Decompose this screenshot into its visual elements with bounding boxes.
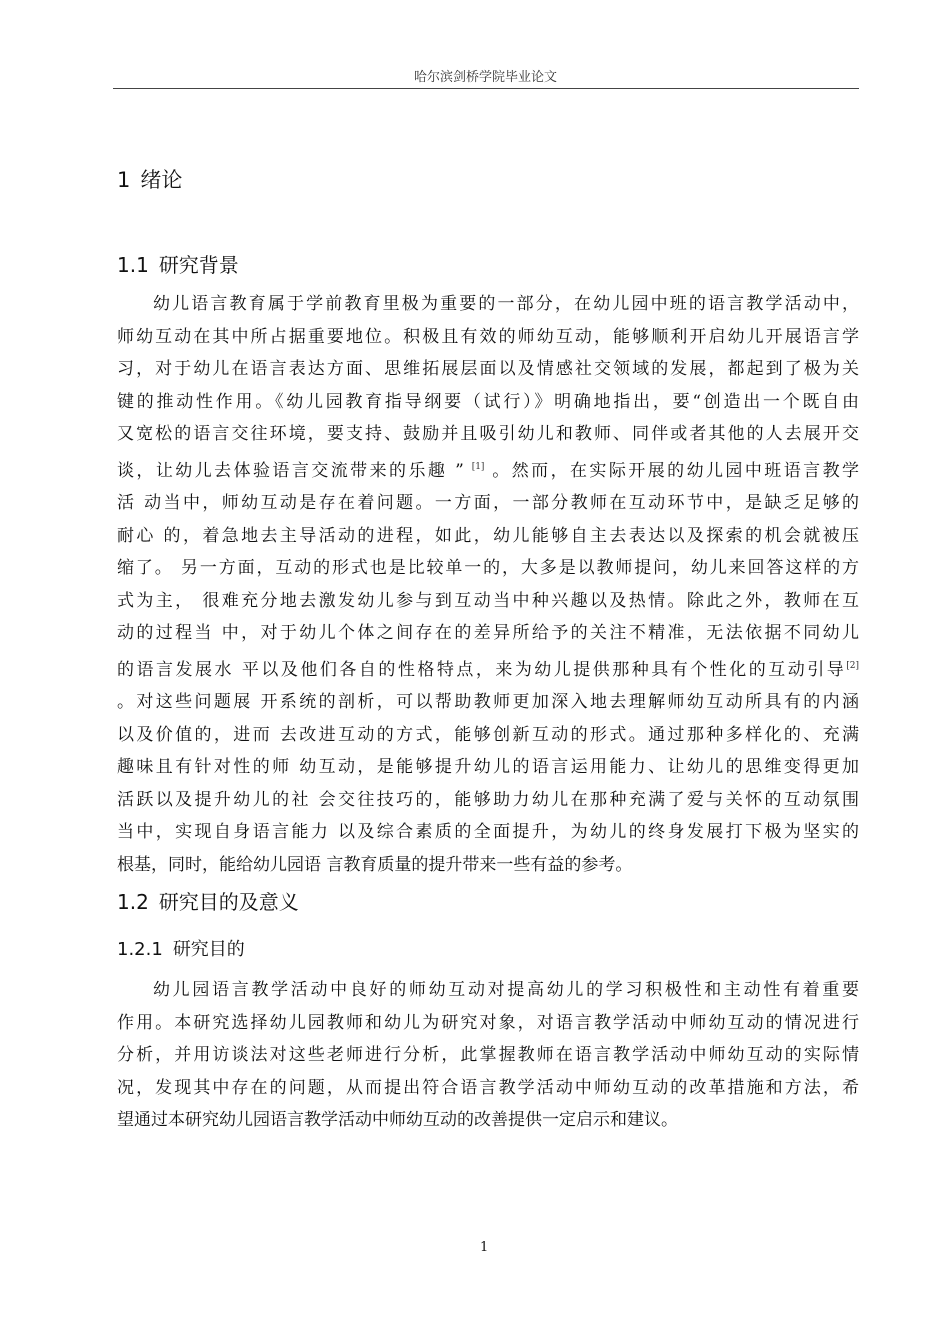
citation-1: [1] (472, 462, 485, 472)
text-line: 耐心 的，着急地去主导活动的进程，如此，幼儿能够自主去表达以及探索的机会就被压 (117, 520, 859, 553)
subsection-number: 1.2.1 (117, 939, 163, 960)
text-segment: 谈，让幼儿去体验语言交流带来的乐趣 ” (117, 461, 464, 481)
text-line: 键的推动性作用。《幼儿园教育指导纲要（试行）》明确地指出，要“创造出一个既自由 (117, 386, 859, 419)
text-segment: 的语言发展水 平以及他们各自的性格特点，来为幼儿提供那种具有个性化的互动引导 (117, 660, 846, 680)
text-line: 趣味且有针对性的师 幼互动，是能够提升幼儿的语言运用能力、让幼儿的思维变得更加 (117, 751, 859, 784)
section-title: 研究目的及意义 (159, 890, 299, 914)
page-number: 1 (480, 1240, 488, 1255)
text-line: 根基，同时，能给幼儿园语 言教育质量的提升带来一些有益的参考。 (117, 849, 859, 882)
text-line: 活 动当中，师幼互动是存在着问题。一方面，一部分教师在互动环节中，是缺乏足够的 (117, 487, 859, 520)
text-line: 幼儿语言教育属于学前教育里极为重要的一部分，在幼儿园中班的语言教学活动中， (117, 288, 859, 321)
text-line: 望通过本研究幼儿园语言教学活动中师幼互动的改善提供一定启示和建议。 (117, 1104, 859, 1137)
paragraph-purpose: 幼儿园语言教学活动中良好的师幼互动对提高幼儿的学习积极性和主动性有着重要 作用。… (117, 974, 859, 1137)
section-number: 1.1 (117, 253, 149, 277)
text-line: 况，发现其中存在的问题，从而提出符合语言教学活动中师幼互动的改革措施和方法，希 (117, 1072, 859, 1105)
subsection-heading-1-2-1: 1.2.1研究目的 (117, 935, 245, 961)
section-heading-1-1: 1.1研究背景 (117, 249, 239, 278)
chapter-number: 1 (117, 168, 130, 192)
text-line: 分析，并用访谈法对这些老师进行分析，此掌握教师在语言教学活动中师幼互动的实际情 (117, 1039, 859, 1072)
section-title: 研究背景 (159, 253, 239, 277)
section-number: 1.2 (117, 890, 149, 914)
text-line: 又宽松的语言交往环境，要支持、鼓励并且吸引幼儿和教师、同伴或者其他的人去展开交 (117, 418, 859, 451)
text-line: 式为主， 很难充分地去激发幼儿参与到互动当中种兴趣以及热情。除此之外，教师在互 (117, 585, 859, 618)
text-line: 。对这些问题展 开系统的剖析，可以帮助教师更加深入地去理解师幼互动所具有的内涵 (117, 686, 859, 719)
text-line: 作用。本研究选择幼儿园教师和幼儿为研究对象，对语言教学活动中师幼互动的情况进行 (117, 1007, 859, 1040)
text-line: 动的过程当 中，对于幼儿个体之间存在的差异所给予的关注不精准，无法依据不同幼儿 (117, 617, 859, 650)
text-line: 师幼互动在其中所占据重要地位。积极且有效的师幼互动，能够顺利开启幼儿开展语言学 (117, 321, 859, 354)
header-divider (113, 88, 859, 89)
text-line: 当中，实现自身语言能力 以及综合素质的全面提升，为幼儿的终身发展打下极为坚实的 (117, 816, 859, 849)
text-segment: 。然而，在实际开展的幼儿园中班语言教学 (492, 461, 859, 481)
text-line: 以及价值的，进而 去改进互动的方式，能够创新互动的形式。通过那种多样化的、充满 (117, 719, 859, 752)
chapter-title: 绪论 (140, 168, 182, 192)
running-header: 哈尔滨剑桥学院毕业论文 (113, 66, 858, 85)
text-line: 缩了。 另一方面，互动的形式也是比较单一的，大多是以教师提问，幼儿来回答这样的方 (117, 552, 859, 585)
subsection-title: 研究目的 (173, 939, 245, 960)
paragraph-background: 幼儿语言教育属于学前教育里极为重要的一部分，在幼儿园中班的语言教学活动中， 师幼… (117, 288, 859, 881)
citation-2: [2] (846, 661, 859, 671)
text-line: 习，对于幼儿在语言表达方面、思维拓展层面以及情感社交领域的发展，都起到了极为关 (117, 353, 859, 386)
chapter-heading: 1绪论 (117, 164, 182, 194)
section-heading-1-2: 1.2研究目的及意义 (117, 886, 299, 915)
text-line-with-citation: 的语言发展水 平以及他们各自的性格特点，来为幼儿提供那种具有个性化的互动引导[2… (117, 650, 859, 687)
text-line: 幼儿园语言教学活动中良好的师幼互动对提高幼儿的学习积极性和主动性有着重要 (117, 974, 859, 1007)
text-line-with-citation: 谈，让幼儿去体验语言交流带来的乐趣 ” [1] 。然而，在实际开展的幼儿园中班语… (117, 451, 859, 488)
text-line: 活跃以及提升幼儿的社 会交往技巧的，能够助力幼儿在那种充满了爱与关怀的互动氛围 (117, 784, 859, 817)
